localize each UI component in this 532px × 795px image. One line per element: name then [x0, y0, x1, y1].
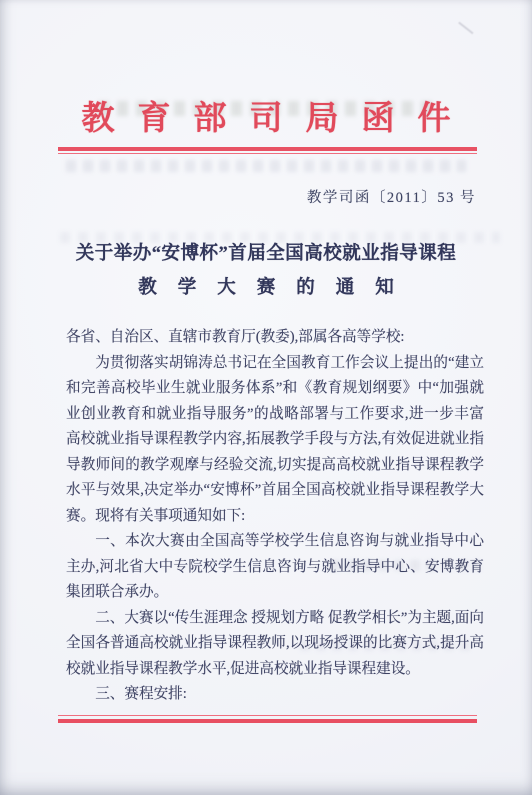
letterhead-title: 教育部司局函件 [0, 92, 532, 139]
footer-divider-thin-line [58, 715, 477, 716]
notice-title-line2: 教学大赛的通知 [0, 273, 532, 299]
scan-crease-mark [458, 22, 473, 34]
footer-divider-thick-line [58, 719, 477, 723]
document-body: 各省、自治区、直辖市教育厅(教委),部属各高等学校: 为贯彻落实胡锦涛总书记在全… [66, 325, 484, 708]
letterhead-divider [58, 147, 477, 154]
scanned-document-page: 教育部司局函件 教学司函〔2011〕53 号 关于举办“安博杯”首届全国高校就业… [0, 0, 532, 795]
bleedthrough-artifact [66, 160, 466, 172]
notice-title-line1: 关于举办“安博杯”首届全国高校就业指导课程 [0, 241, 532, 267]
notice-title: 关于举办“安博杯”首届全国高校就业指导课程 教学大赛的通知 [0, 241, 532, 299]
paragraph-item-2-theme: 二、大赛以“传生涯理念 授规划方略 促教学相长”为主题,面向全国各普通高校就业指… [66, 606, 484, 683]
salutation-line: 各省、自治区、直辖市教育厅(教委),部属各高等学校: [66, 325, 484, 351]
footer-divider [58, 715, 477, 723]
paragraph-background: 为贯彻落实胡锦涛总书记在全国教育工作会议上提出的“建立和完善高校毕业生就业服务体… [66, 351, 484, 530]
letterhead-divider-thin-line [58, 153, 477, 154]
document-number: 教学司函〔2011〕53 号 [307, 186, 476, 207]
letterhead-divider-thick-line [58, 147, 477, 151]
paragraph-item-3-schedule: 三、赛程安排: [66, 682, 484, 708]
paragraph-item-1-organizers: 一、本次大赛由全国高等学校学生信息咨询与就业指导中心主办,河北省大中专院校学生信… [66, 529, 484, 606]
